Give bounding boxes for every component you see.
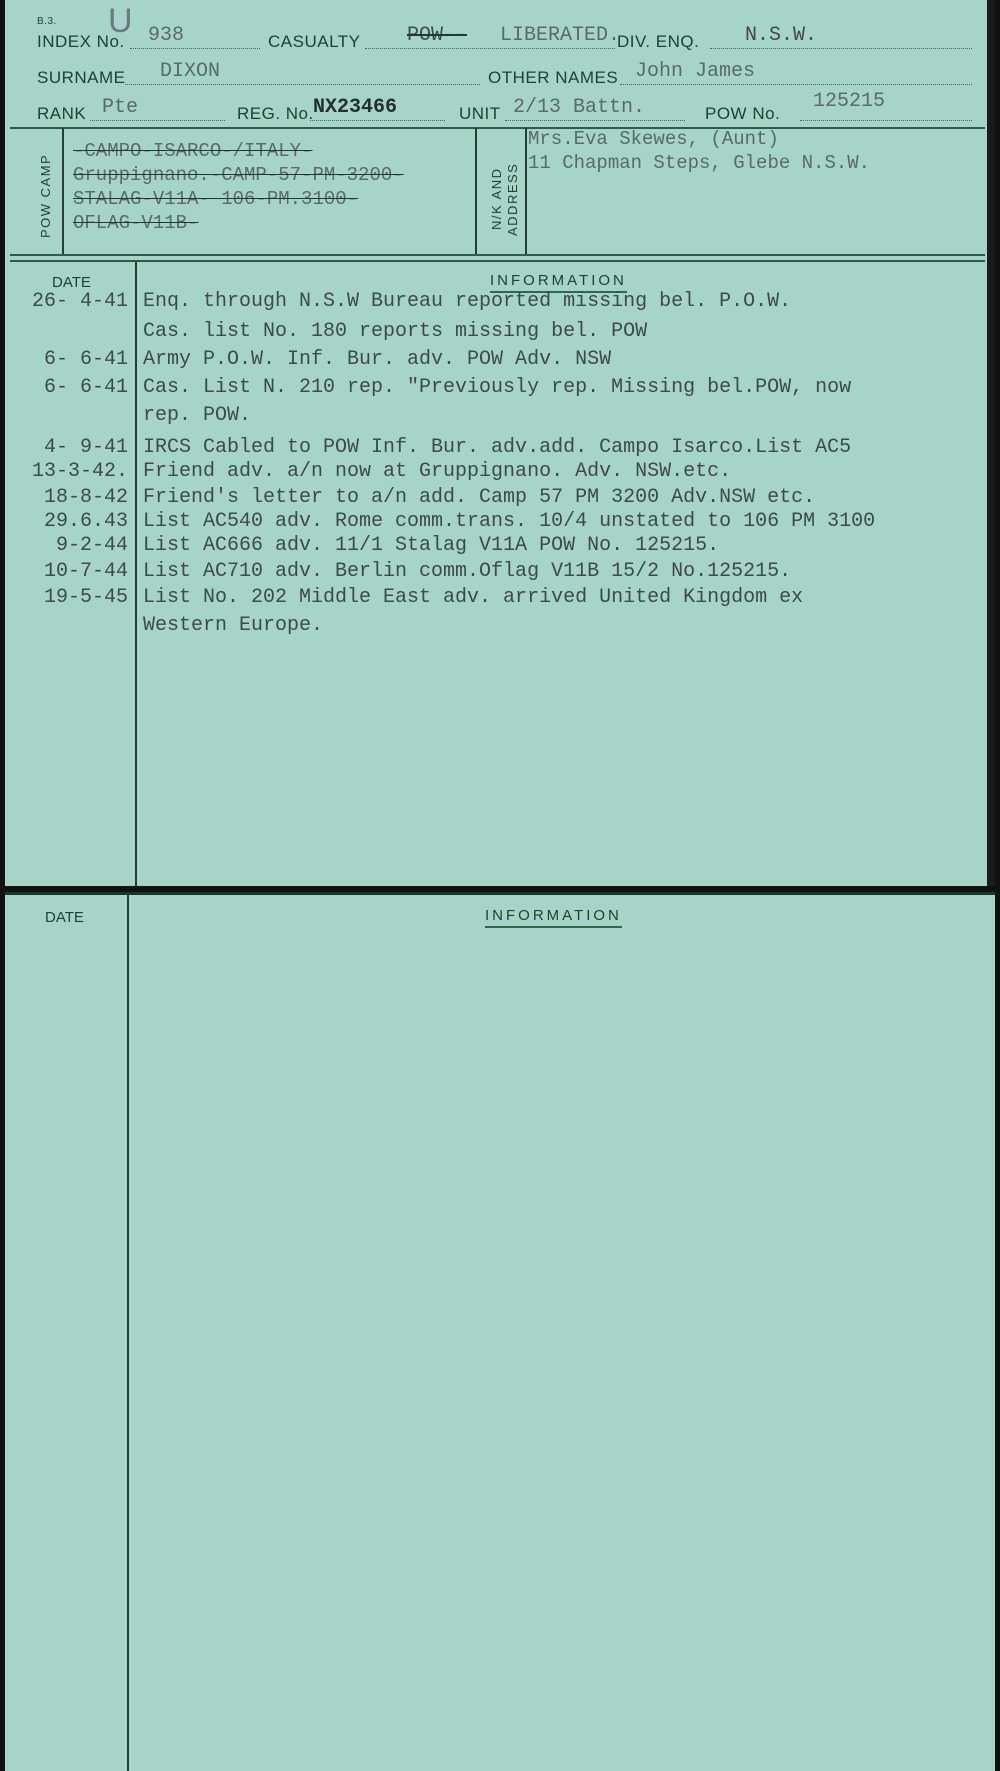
entry-text: Cas. list No. 180 reports missing bel. P… xyxy=(143,320,647,343)
entry-text: Friend's letter to a/n add. Camp 57 PM 3… xyxy=(143,486,815,509)
nk-address-line: Mrs.Eva Skewes, (Aunt) xyxy=(528,128,779,150)
pow-camp-line: Gruppignano.-CAMP-57-PM-3200- xyxy=(73,164,404,186)
pow-camp-line: OFLAG-V11B- xyxy=(73,212,198,234)
pow-camp-label: POW CAMP xyxy=(38,154,53,238)
rank-label: RANK xyxy=(37,104,86,124)
nk-address-line: 11 Chapman Steps, Glebe N.S.W. xyxy=(528,152,870,174)
entry-text: List AC710 adv. Berlin comm.Oflag V11B 1… xyxy=(143,560,791,583)
entry-text: List AC666 adv. 11/1 Stalag V11A POW No.… xyxy=(143,534,719,557)
entry-date: 29.6.43 xyxy=(5,510,128,533)
entry-date: 19-5-45 xyxy=(5,586,128,609)
form-code: B.3. xyxy=(37,16,57,27)
entry-text: Army P.O.W. Inf. Bur. adv. POW Adv. NSW xyxy=(143,348,611,371)
entry-date: 9-2-44 xyxy=(5,534,128,557)
back-information-header: INFORMATION xyxy=(485,907,622,928)
casualty-label: CASUALTY xyxy=(268,32,361,52)
entry-date: 6- 6-41 xyxy=(5,376,128,399)
other-names-value: John James xyxy=(635,60,755,83)
entry-date: 4- 9-41 xyxy=(5,436,128,459)
casualty-value: LIBERATED. xyxy=(500,24,620,47)
casualty-struck-value: POW-- xyxy=(407,24,467,47)
back-date-header: DATE xyxy=(45,909,84,926)
date-header: DATE xyxy=(52,274,91,291)
index-no-value: 938 xyxy=(148,24,184,47)
entry-date: 18-8-42 xyxy=(5,486,128,509)
entry-date: 26- 4-41 xyxy=(5,290,128,313)
entry-date: 13-3-42. xyxy=(5,460,128,483)
record-card-front: B.3. U INDEX No. 938 CASUALTY POW-- LIBE… xyxy=(5,0,995,886)
div-enq-label: DIV. ENQ. xyxy=(617,32,699,52)
entry-text: List AC540 adv. Rome comm.trans. 10/4 un… xyxy=(143,510,875,533)
reg-no-label: REG. No. xyxy=(237,104,314,124)
entry-text: List No. 202 Middle East adv. arrived Un… xyxy=(143,586,803,609)
entry-date: 10-7-44 xyxy=(5,560,128,583)
pow-no-value: 125215 xyxy=(813,90,885,113)
surname-value: DIXON xyxy=(160,60,220,83)
other-names-label: OTHER NAMES xyxy=(488,68,618,88)
address-label: ADDRESS xyxy=(505,163,520,236)
entry-text: rep. POW. xyxy=(143,404,251,427)
unit-label: UNIT xyxy=(459,104,501,124)
entry-text: Friend adv. a/n now at Gruppignano. Adv.… xyxy=(143,460,731,483)
pow-camp-line: -CAMPO-ISARCO-/ITALY- xyxy=(73,140,312,162)
nk-and-label: N/K AND xyxy=(489,167,504,230)
pow-no-label: POW No. xyxy=(705,104,780,124)
unit-value: 2/13 Battn. xyxy=(513,96,645,119)
div-enq-value: N.S.W. xyxy=(745,24,817,47)
rank-value: Pte xyxy=(102,96,138,119)
entry-text: Cas. List N. 210 rep. "Previously rep. M… xyxy=(143,376,851,399)
entry-date: 6- 6-41 xyxy=(5,348,128,371)
record-card-back: DATE INFORMATION xyxy=(5,892,995,1771)
surname-label: SURNAME xyxy=(37,68,126,88)
entry-text: Enq. through N.S.W Bureau reported missi… xyxy=(143,290,791,313)
pow-camp-line: STALAG-V11A- 106-PM.3100- xyxy=(73,188,358,210)
entry-text: Western Europe. xyxy=(143,614,323,637)
index-no-label: INDEX No. xyxy=(37,32,125,52)
reg-no-value: NX23466 xyxy=(313,96,397,119)
entry-text: IRCS Cabled to POW Inf. Bur. adv.add. Ca… xyxy=(143,436,851,459)
